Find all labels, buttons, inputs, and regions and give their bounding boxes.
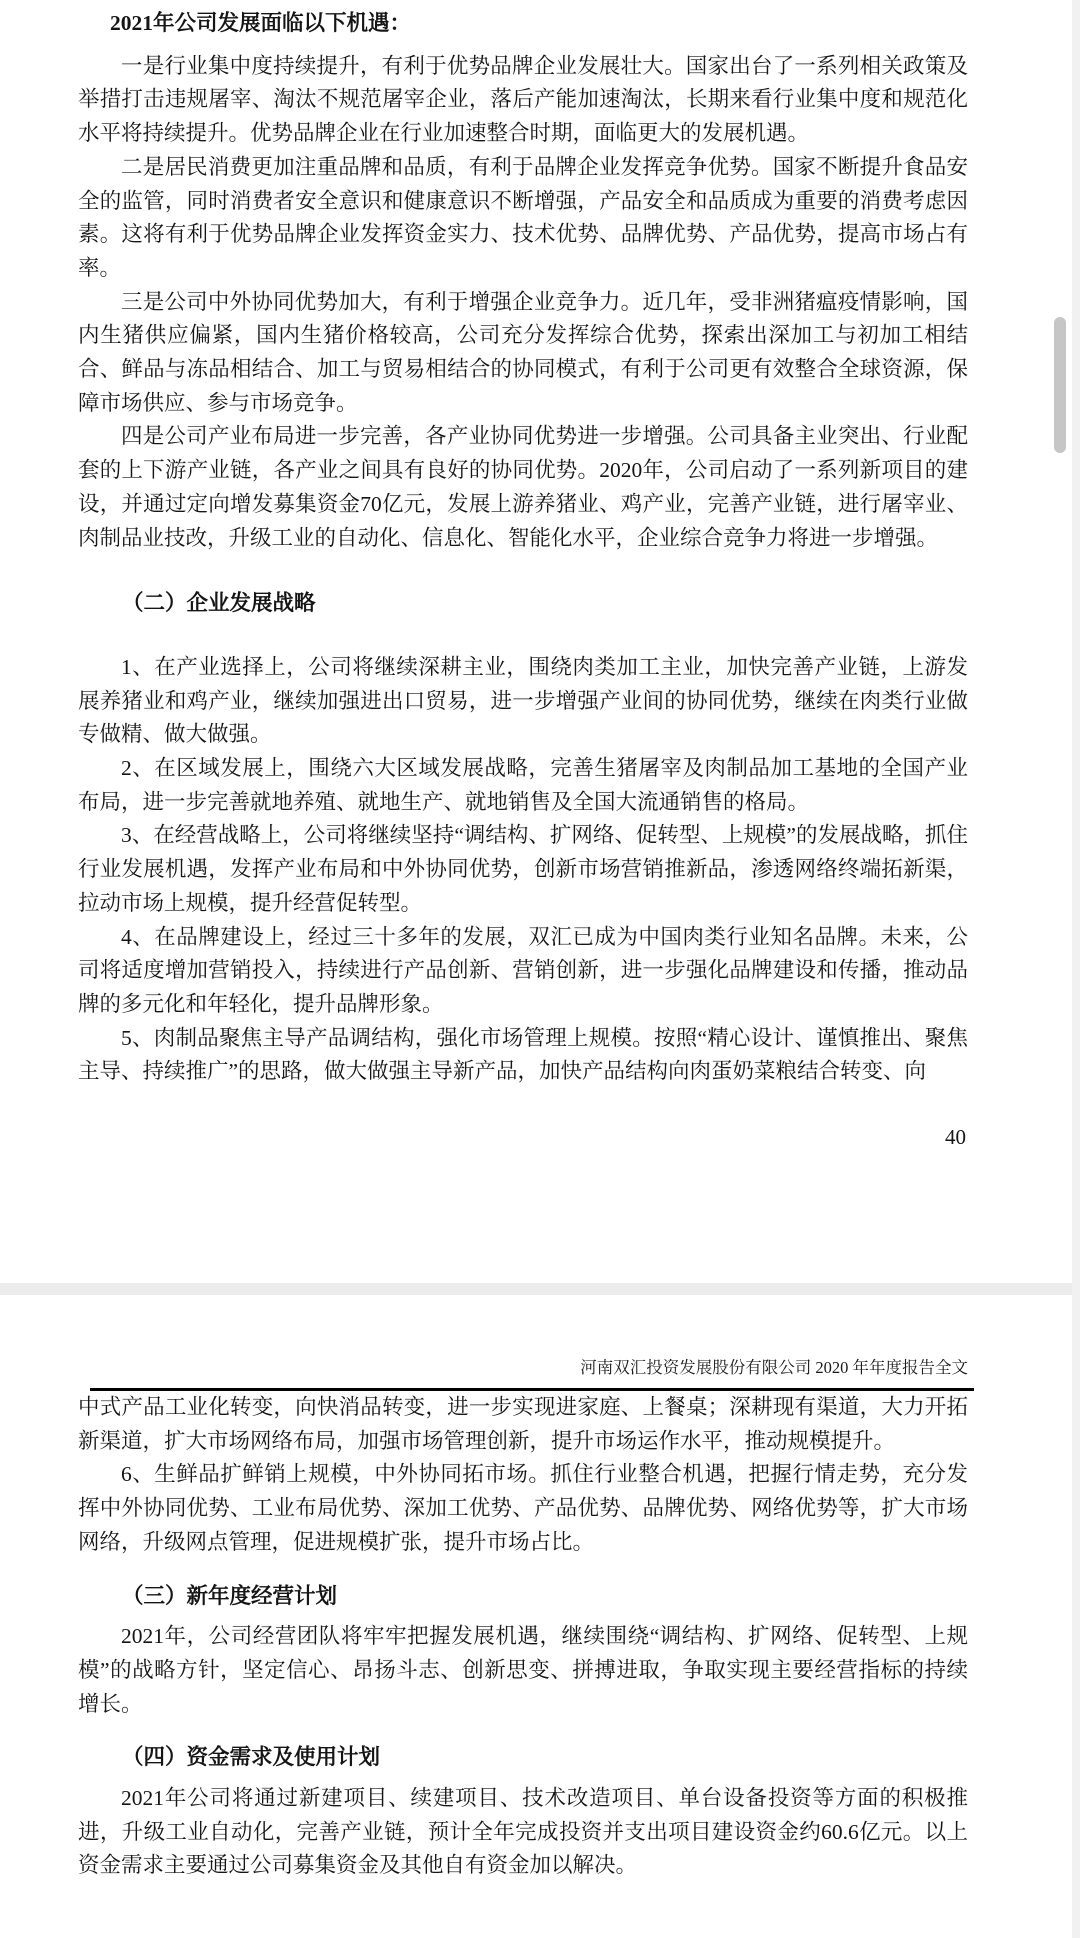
page-1-content: 2021年公司发展面临以下机遇：一是行业集中度持续提升，有利于优势品牌企业发展壮… [78,7,968,1155]
paragraph: 四是公司产业布局进一步完善，各产业协同优势进一步增强。公司具备主业突出、行业配套… [78,420,968,555]
paragraph: 2、在区域发展上，围绕六大区域发展战略，完善生猪屠宰及肉制品加工基地的全国产业布… [78,752,968,819]
section-heading: （四）资金需求及使用计划 [78,1741,968,1775]
scrollbar-thumb[interactable] [1054,317,1066,453]
section-title: 2021年公司发展面临以下机遇： [78,7,968,41]
paragraph: 4、在品牌建设上，经过三十多年的发展，双汇已成为中国肉类行业知名品牌。未来，公司… [78,921,968,1022]
paragraph: 6、生鲜品扩鲜销上规模，中外协同拓市场。抓住行业整合机遇，把握行情走势，充分发挥… [78,1458,968,1559]
paragraph: 2021年，公司经营团队将牢牢把握发展机遇，继续围绕“调结构、扩网络、促转型、上… [78,1620,968,1721]
paragraph: 3、在经营战略上，公司将继续坚持“调结构、扩网络、促转型、上规模”的发展战略，抓… [78,819,968,920]
scrollbar-track[interactable] [1072,0,1080,1938]
document-page-2: 河南双汇投资发展股份有限公司 2020 年年度报告全文 中式产品工业化转变，向快… [0,1295,1072,1938]
paragraph: 5、肉制品聚焦主导产品调结构，强化市场管理上规模。按照“精心设计、谨慎推出、聚焦… [78,1022,968,1089]
page-1-text-blocks: 2021年公司发展面临以下机遇：一是行业集中度持续提升，有利于优势品牌企业发展壮… [78,7,968,1089]
page-2-content: 河南双汇投资发展股份有限公司 2020 年年度报告全文 中式产品工业化转变，向快… [78,1357,968,1883]
paragraph: 2021年公司将通过新建项目、续建项目、技术改造项目、单台设备投资等方面的积极推… [78,1782,968,1883]
paragraph: 一是行业集中度持续提升，有利于优势品牌企业发展壮大。国家出台了一系列相关政策及举… [78,50,968,151]
section-heading: （三）新年度经营计划 [78,1580,968,1614]
paragraph: 三是公司中外协同优势加大，有利于增强企业竞争力。近几年，受非洲猪瘟疫情影响，国内… [78,286,968,421]
paragraph: 二是居民消费更加注重品牌和品质，有利于品牌企业发挥竞争优势。国家不断提升食品安全… [78,151,968,286]
section-heading: （二）企业发展战略 [78,587,968,621]
paragraph-continuation: 中式产品工业化转变，向快消品转变，进一步实现进家庭、上餐桌；深耕现有渠道，大力开… [78,1391,968,1458]
paragraph: 1、在产业选择上，公司将继续深耕主业，围绕肉类加工主业，加快完善产业链，上游发展… [78,651,968,752]
page-2-text-blocks: 中式产品工业化转变，向快消品转变，进一步实现进家庭、上餐桌；深耕现有渠道，大力开… [78,1391,968,1883]
document-page-1: 2021年公司发展面临以下机遇：一是行业集中度持续提升，有利于优势品牌企业发展壮… [0,0,1072,1283]
page-gap [0,1283,1080,1295]
report-header: 河南双汇投资发展股份有限公司 2020 年年度报告全文 [78,1357,968,1379]
page-number: 40 [78,1121,968,1155]
